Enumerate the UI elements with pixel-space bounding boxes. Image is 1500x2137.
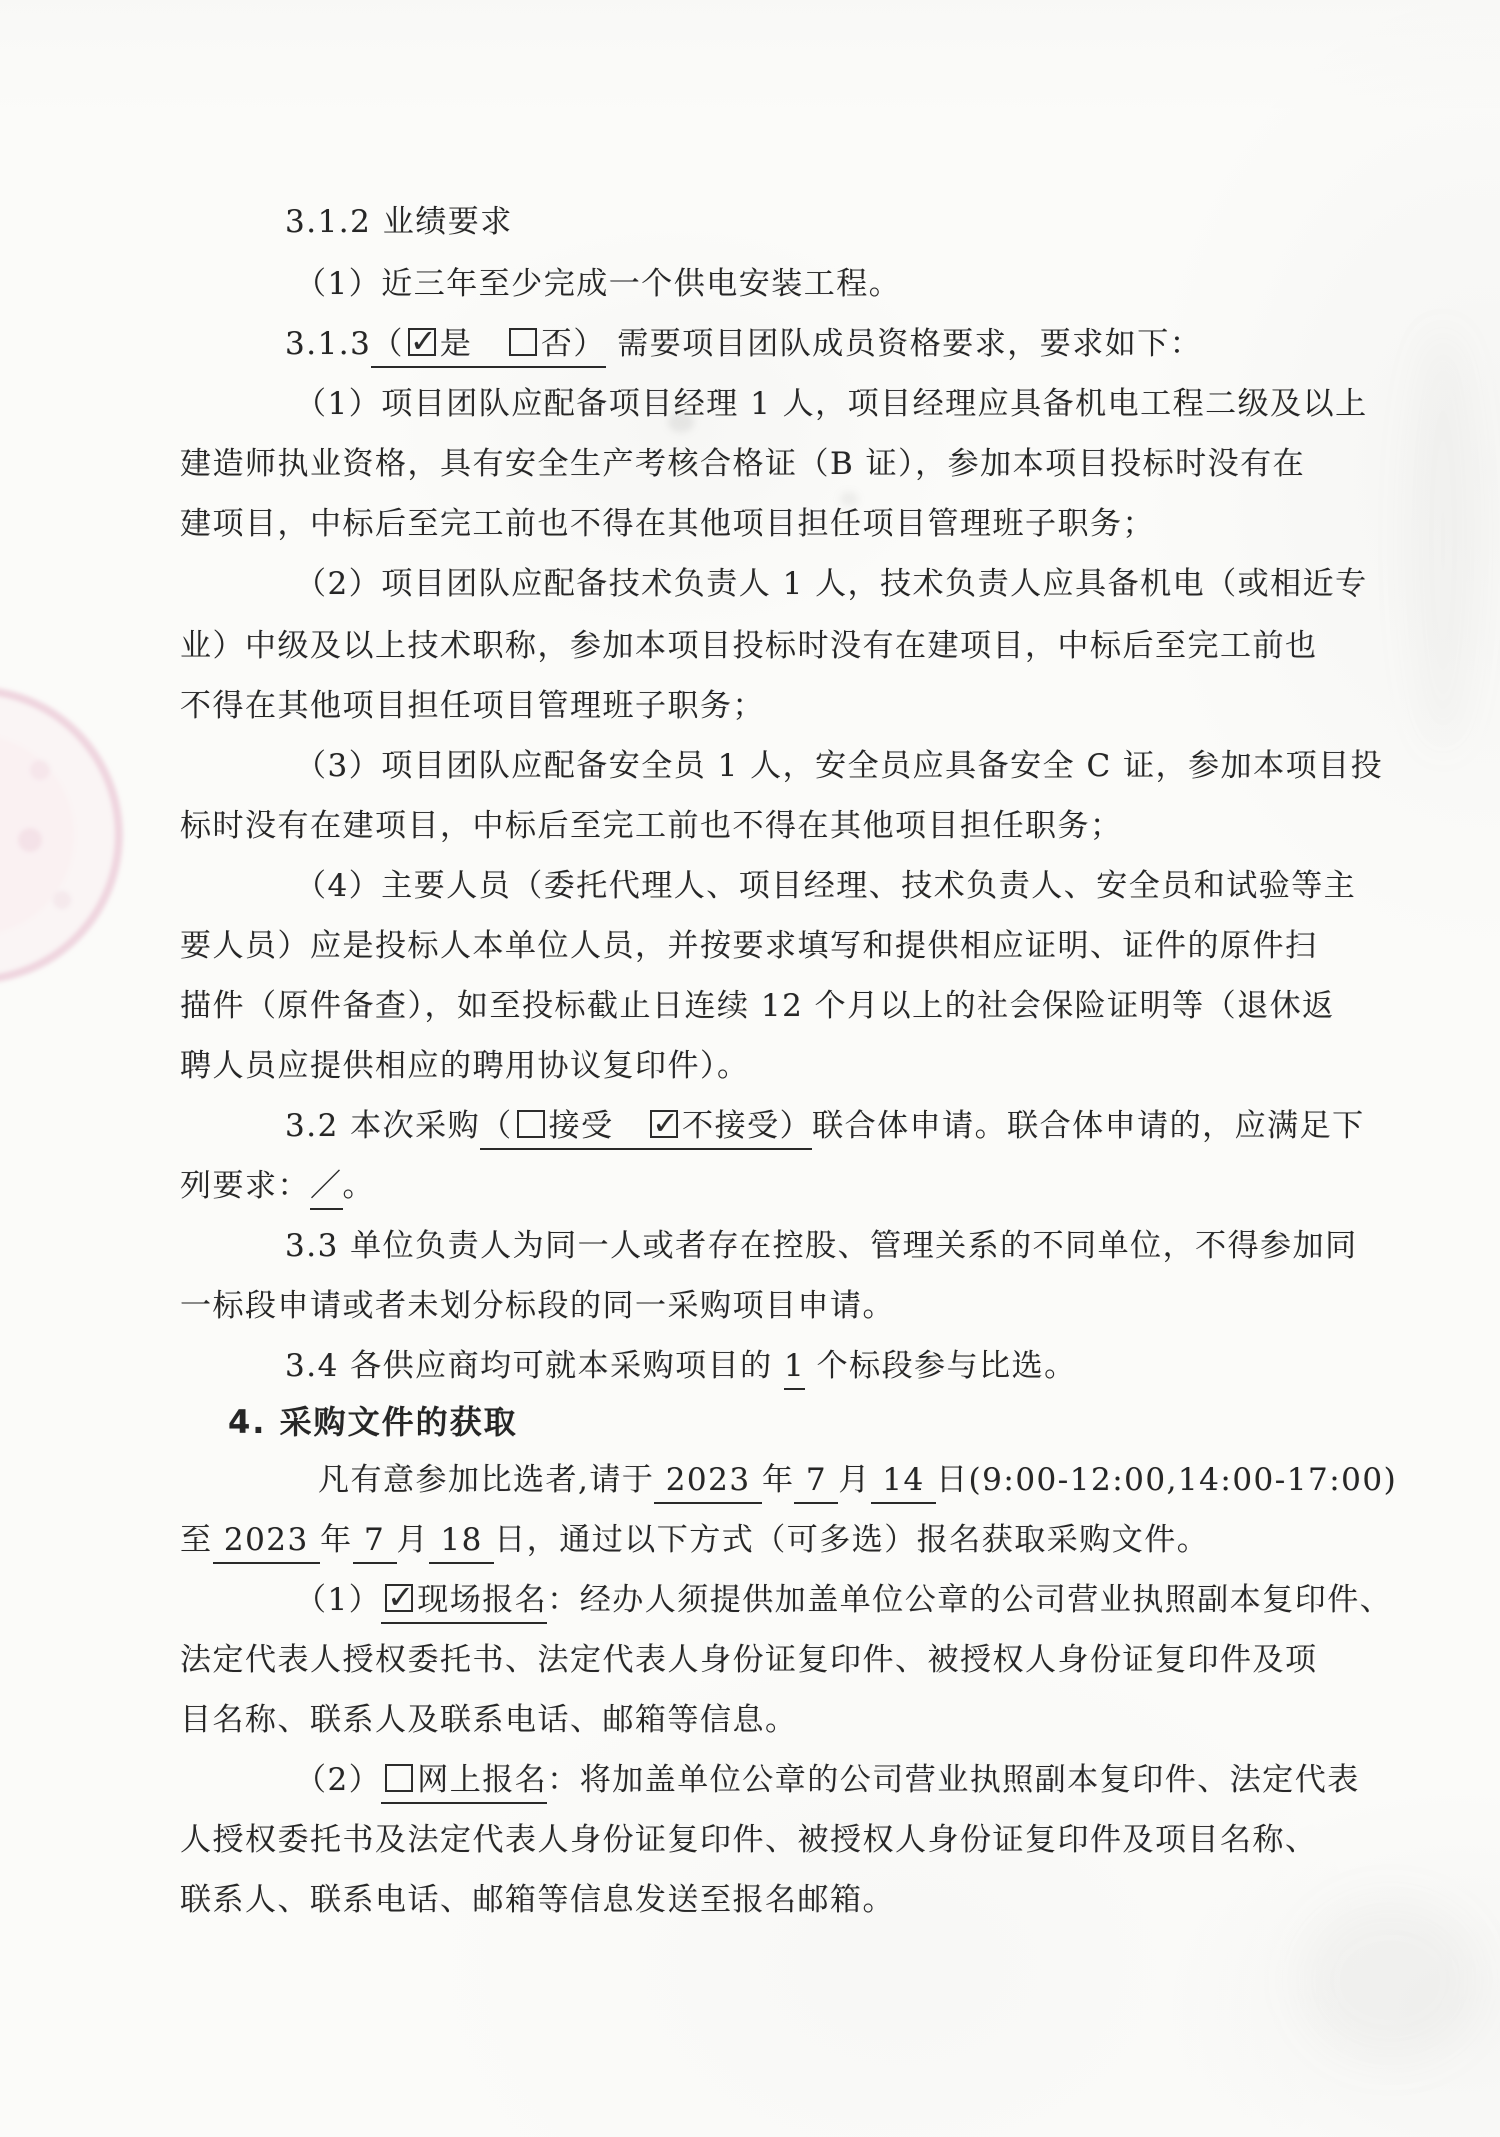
text-segment: 接受	[549, 1108, 647, 1144]
clause-3-1-3: 3.1.3（是 否） 需要项目团队成员资格要求，要求如下：	[285, 322, 1202, 366]
text-segment: 人授权委托书及法定代表人身份证复印件、被授权人身份证复印件及项目名称、	[180, 1822, 1318, 1858]
section-4-item-2-line-2: 人授权委托书及法定代表人身份证复印件、被授权人身份证复印件及项目名称、	[180, 1818, 1318, 1862]
section-4-para-line-1: 凡有意参加比选者,请于 2023 年 7 月 14 日(9:00-12:00,1…	[318, 1458, 1397, 1502]
scanned-document-page: 3.1.2 业绩要求（1）近三年至少完成一个供电安装工程。3.1.3（是 否） …	[0, 0, 1500, 2137]
text-segment: 3.2 本次采购	[285, 1108, 480, 1144]
text-segment: 法定代表人授权委托书、法定代表人身份证复印件、被授权人身份证复印件及项	[180, 1642, 1318, 1678]
text-segment: 3.4 各供应商均可就本采购项目的	[285, 1348, 784, 1384]
text-segment: （2）	[295, 1762, 381, 1798]
text-segment: ：将加盖单位公章的公司营业执照副本复印件、法定代表	[547, 1762, 1360, 1798]
clause-3-1-2-heading: 3.1.2 业绩要求	[285, 200, 513, 244]
text-segment: 网上报名	[381, 1762, 547, 1804]
clause-3-1-3-item-2-line-3: 不得在其他项目担任项目管理班子职务；	[180, 684, 765, 728]
text-segment: 至	[180, 1522, 213, 1558]
text-segment: 现场报名	[417, 1582, 547, 1618]
text-segment: 业）中级及以上技术职称，参加本项目投标时没有在建项目，中标后至完工前也	[180, 628, 1318, 664]
text-segment: 描件（原件备查），如至投标截止日连续 12 个月以上的社会保险证明等（退休返	[180, 988, 1335, 1024]
text-segment: 年	[320, 1522, 353, 1558]
clause-3-1-3-item-1-line-2: 建造师执业资格，具有安全生产考核合格证（B 证），参加本项目投标时没有在	[180, 442, 1305, 486]
text-segment: （4）主要人员（委托代理人、项目经理、技术负责人、安全员和试验等主	[295, 868, 1356, 904]
clause-3-1-2-item-1: （1）近三年至少完成一个供电安装工程。	[295, 262, 901, 306]
text-segment: 日(9:00-12:00,14:00-17:00)	[936, 1462, 1397, 1498]
text-segment: 标时没有在建项目，中标后至完工前也不得在其他项目担任职务；	[180, 808, 1123, 844]
text-segment: 列要求：	[180, 1168, 310, 1204]
text-segment: 不得在其他项目担任项目管理班子职务；	[180, 688, 765, 724]
text-segment: 18	[429, 1522, 494, 1564]
document-text-block: 3.1.2 业绩要求（1）近三年至少完成一个供电安装工程。3.1.3（是 否） …	[0, 0, 1500, 2137]
section-4-item-1-line-1: （1）现场报名：经办人须提供加盖单位公章的公司营业执照副本复印件、	[295, 1578, 1392, 1622]
text-segment: （3）项目团队应配备安全员 1 人，安全员应具备安全 C 证，参加本项目投	[295, 748, 1383, 784]
checkbox-unchecked-icon	[385, 1764, 413, 1792]
text-segment: 凡有意参加比选者,请于	[318, 1462, 654, 1498]
text-segment: 目名称、联系人及联系电话、邮箱等信息。	[180, 1702, 798, 1738]
text-segment: 联系人、联系电话、邮箱等信息发送至报名邮箱。	[180, 1882, 895, 1918]
clause-3-2-line-2: 列要求：／。	[180, 1164, 375, 1208]
text-segment: 联合体申请。联合体申请的，应满足下	[812, 1108, 1365, 1144]
text-segment: 现场报名	[381, 1582, 547, 1624]
section-4-item-1-line-2: 法定代表人授权委托书、法定代表人身份证复印件、被授权人身份证复印件及项	[180, 1638, 1318, 1682]
text-segment: 需要项目团队成员资格要求，要求如下：	[606, 326, 1202, 362]
text-segment: 是	[440, 326, 505, 362]
clause-3-1-3-item-4-line-4: 聘人员应提供相应的聘用协议复印件）。	[180, 1044, 750, 1088]
text-segment: 2023	[213, 1522, 321, 1564]
clause-3-1-3-item-3-line-1: （3）项目团队应配备安全员 1 人，安全员应具备安全 C 证，参加本项目投	[295, 744, 1383, 788]
clause-3-1-3-item-4-line-3: 描件（原件备查），如至投标截止日连续 12 个月以上的社会保险证明等（退休返	[180, 984, 1335, 1028]
section-4-heading: 4. 采购文件的获取	[228, 1400, 518, 1444]
text-segment: 一标段申请或者未划分标段的同一采购项目申请。	[180, 1288, 895, 1324]
text-segment: 建造师执业资格，具有安全生产考核合格证（B 证），参加本项目投标时没有在	[180, 446, 1305, 482]
text-segment: （接受 不接受）	[480, 1108, 812, 1150]
text-segment: 月	[838, 1462, 871, 1498]
text-segment: （	[371, 326, 404, 362]
text-segment: （是 否）	[371, 326, 606, 368]
clause-3-1-3-item-3-line-2: 标时没有在建项目，中标后至完工前也不得在其他项目担任职务；	[180, 804, 1123, 848]
clause-3-3-line-2: 一标段申请或者未划分标段的同一采购项目申请。	[180, 1284, 895, 1328]
text-segment: 14	[871, 1462, 936, 1504]
text-segment: 3.3 单位负责人为同一人或者存在控股、管理关系的不同单位，不得参加同	[285, 1228, 1358, 1264]
text-segment: 2023	[654, 1462, 762, 1504]
text-segment: 7	[353, 1522, 397, 1564]
text-segment: 。	[343, 1168, 376, 1204]
text-segment: （1）近三年至少完成一个供电安装工程。	[295, 266, 901, 302]
text-segment: 1	[784, 1348, 805, 1390]
section-4-item-1-line-3: 目名称、联系人及联系电话、邮箱等信息。	[180, 1698, 798, 1742]
text-segment: （1）项目团队应配备项目经理 1 人，项目经理应具备机电工程二级及以上	[295, 386, 1368, 422]
text-segment: 3.1.3	[285, 326, 371, 362]
text-segment: 否）	[541, 326, 606, 362]
text-segment: 4. 采购文件的获取	[228, 1403, 518, 1441]
text-segment: 年	[762, 1462, 795, 1498]
checkbox-unchecked-icon	[517, 1110, 545, 1138]
clause-3-1-3-item-2-line-2: 业）中级及以上技术职称，参加本项目投标时没有在建项目，中标后至完工前也	[180, 624, 1318, 668]
text-segment: 月	[397, 1522, 430, 1558]
checkbox-checked-icon	[385, 1584, 413, 1612]
text-segment: ：经办人须提供加盖单位公章的公司营业执照副本复印件、	[547, 1582, 1392, 1618]
text-segment: （2）项目团队应配备技术负责人 1 人，技术负责人应具备机电（或相近专	[295, 566, 1368, 602]
clause-3-1-3-item-4-line-2: 要人员）应是投标人本单位人员，并按要求填写和提供相应证明、证件的原件扫	[180, 924, 1318, 968]
clause-3-1-3-item-1-line-3: 建项目，中标后至完工前也不得在其他项目担任项目管理班子职务；	[180, 502, 1155, 546]
clause-3-1-3-item-1-line-1: （1）项目团队应配备项目经理 1 人，项目经理应具备机电工程二级及以上	[295, 382, 1368, 426]
clause-3-2-line-1: 3.2 本次采购（接受 不接受）联合体申请。联合体申请的，应满足下	[285, 1104, 1365, 1148]
checkbox-checked-icon	[408, 328, 436, 356]
clause-3-4: 3.4 各供应商均可就本采购项目的 1 个标段参与比选。	[285, 1344, 1077, 1388]
checkbox-unchecked-icon	[509, 328, 537, 356]
text-segment: 个标段参与比选。	[805, 1348, 1076, 1384]
text-segment: 网上报名	[417, 1762, 547, 1798]
section-4-para-line-2: 至 2023 年 7 月 18 日，通过以下方式（可多选）报名获取采购文件。	[180, 1518, 1209, 1562]
text-segment: 日，通过以下方式（可多选）报名获取采购文件。	[494, 1522, 1209, 1558]
clause-3-1-3-item-4-line-1: （4）主要人员（委托代理人、项目经理、技术负责人、安全员和试验等主	[295, 864, 1356, 908]
text-segment: 聘人员应提供相应的聘用协议复印件）。	[180, 1048, 750, 1084]
text-segment: 要人员）应是投标人本单位人员，并按要求填写和提供相应证明、证件的原件扫	[180, 928, 1318, 964]
text-segment: （	[480, 1108, 513, 1144]
text-segment: 7	[794, 1462, 838, 1504]
section-4-item-2-line-3: 联系人、联系电话、邮箱等信息发送至报名邮箱。	[180, 1878, 895, 1922]
text-segment: 不接受）	[682, 1108, 812, 1144]
text-segment: 建项目，中标后至完工前也不得在其他项目担任项目管理班子职务；	[180, 506, 1155, 542]
text-segment: （1）	[295, 1582, 381, 1618]
text-segment: ／	[310, 1168, 343, 1210]
clause-3-3-line-1: 3.3 单位负责人为同一人或者存在控股、管理关系的不同单位，不得参加同	[285, 1224, 1358, 1268]
clause-3-1-3-item-2-line-1: （2）项目团队应配备技术负责人 1 人，技术负责人应具备机电（或相近专	[295, 562, 1368, 606]
checkbox-checked-icon	[650, 1110, 678, 1138]
section-4-item-2-line-1: （2）网上报名：将加盖单位公章的公司营业执照副本复印件、法定代表	[295, 1758, 1360, 1802]
text-segment: 3.1.2 业绩要求	[285, 204, 513, 240]
